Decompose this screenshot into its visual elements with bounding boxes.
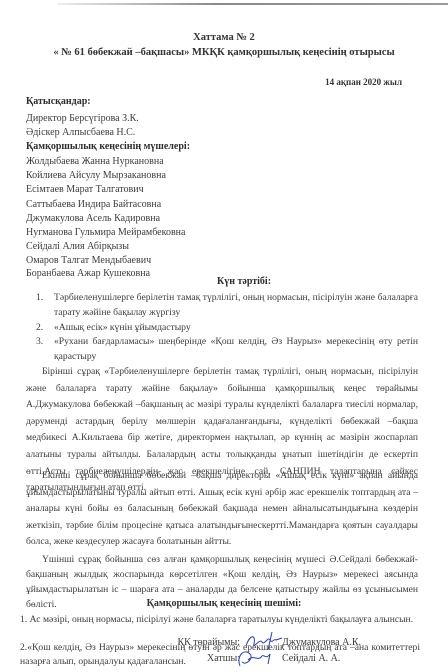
agenda-text: «Ашық есік» күнін ұйымдастыру <box>54 320 418 335</box>
document-date: 14 ақпан 2020 жыл <box>325 77 402 87</box>
agenda-item: 1. Тәрбиеленушілерге берілетін тамақ түр… <box>36 290 418 320</box>
agenda-number: 3. <box>36 334 52 349</box>
member: Джумакулова Асель Кадировна <box>26 213 160 224</box>
paragraph-second-question: Екінші сұрақ бойынша бөбекжай –бақша дир… <box>26 468 418 551</box>
agenda-heading: Күн тәртібі: <box>0 276 448 287</box>
member: Сейдалі Алия Абірқызы <box>26 241 129 252</box>
participants-heading: Қатысқандар: <box>26 96 91 107</box>
agenda-text: «Рухани бағдарламасы» шеңберінде «Қош ке… <box>54 334 418 364</box>
document-title: Хаттама № 2 <box>0 32 448 43</box>
member: Омаров Талгат Мендыбаевич <box>26 255 151 266</box>
scan-edge-shadow <box>58 3 448 5</box>
agenda-text: Тәрбиеленушілерге берілетін тамақ түрліл… <box>54 290 418 320</box>
agenda-number: 1. <box>36 290 52 305</box>
member: Саттыбаева Индира Байтасовна <box>26 199 161 210</box>
chair-label: ҚК төрайымы: <box>150 637 240 648</box>
document-subtitle: « № 61 бөбекжай –бақшасы» МКҚК қамқоршыл… <box>0 47 448 58</box>
members-heading: Қамқоршылық кеңесінің мүшелері: <box>26 141 190 152</box>
decision-heading: Қамқоршылық кеңесінің шешімі: <box>0 598 448 609</box>
member: Койлиева Айсулу Мырзакановна <box>26 170 166 181</box>
member: Есімтаев Марат Талгатович <box>26 184 144 195</box>
chair-name: Джумакулова А.К. <box>282 637 361 648</box>
member: Жолдыбаева Жанна Нуркановна <box>26 156 164 167</box>
secretary-label: Хатшы: <box>150 653 240 664</box>
participant: Әдіскер Алпысбаева Н.С. <box>26 127 135 138</box>
secretary-name: Сейдалі А. А. <box>282 653 340 664</box>
decision-item: 1. Ас мәзірі, оның нормасы, пісірілуі жә… <box>20 613 420 627</box>
agenda-item: 3. «Рухани бағдарламасы» шеңберінде «Қош… <box>36 334 418 364</box>
member: Нугманова Гульмира Мейрамбековна <box>26 227 185 238</box>
participant: Директор Берсүгірова З.К. <box>26 113 139 124</box>
agenda-number: 2. <box>36 320 52 335</box>
secretary-signature-icon <box>232 646 276 670</box>
agenda-item: 2. «Ашық есік» күнін ұйымдастыру <box>36 320 418 335</box>
